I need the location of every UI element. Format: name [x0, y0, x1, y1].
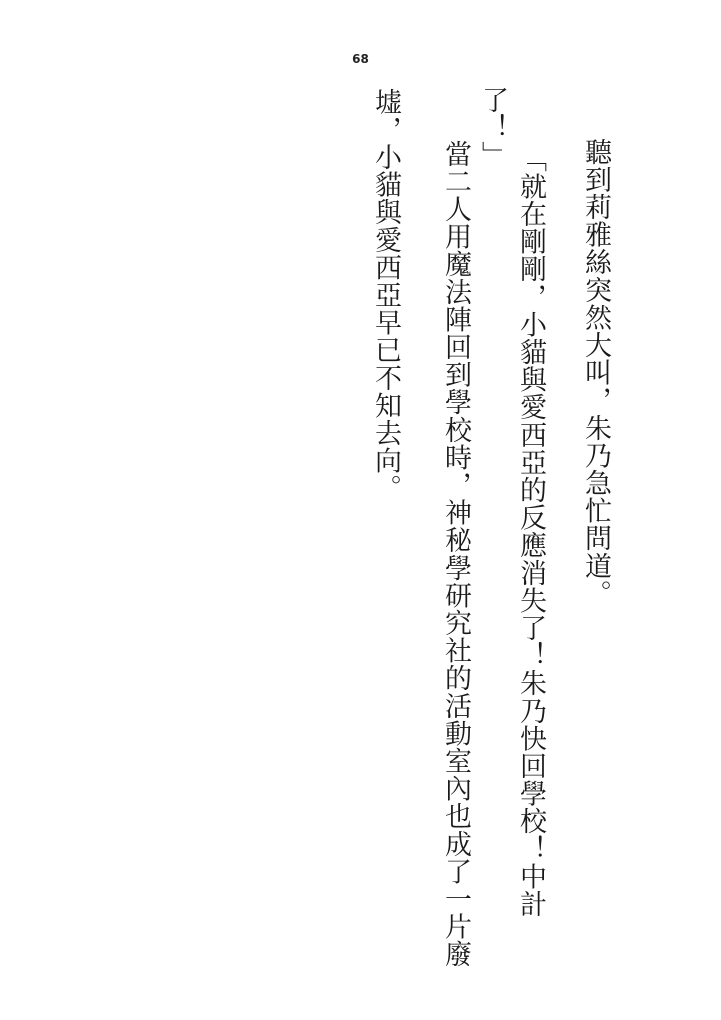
text-column-5: 墟，小貓與愛西亞早已不知去向。 [370, 88, 400, 502]
text-column-1: 聽到莉雅絲突然大叫，朱乃急忙問道。 [580, 138, 610, 607]
text-column-4: 當二人用魔法陣回到學校時，神秘學研究社的活動室內也成了一片廢 [440, 140, 470, 968]
text-column-2: 「就在剛剛，小貓與愛西亞的反應消失了！朱乃快回學校！中計 [515, 145, 545, 918]
text-column-3: 了！」 [477, 86, 507, 169]
page-number: 68 [0, 52, 721, 66]
